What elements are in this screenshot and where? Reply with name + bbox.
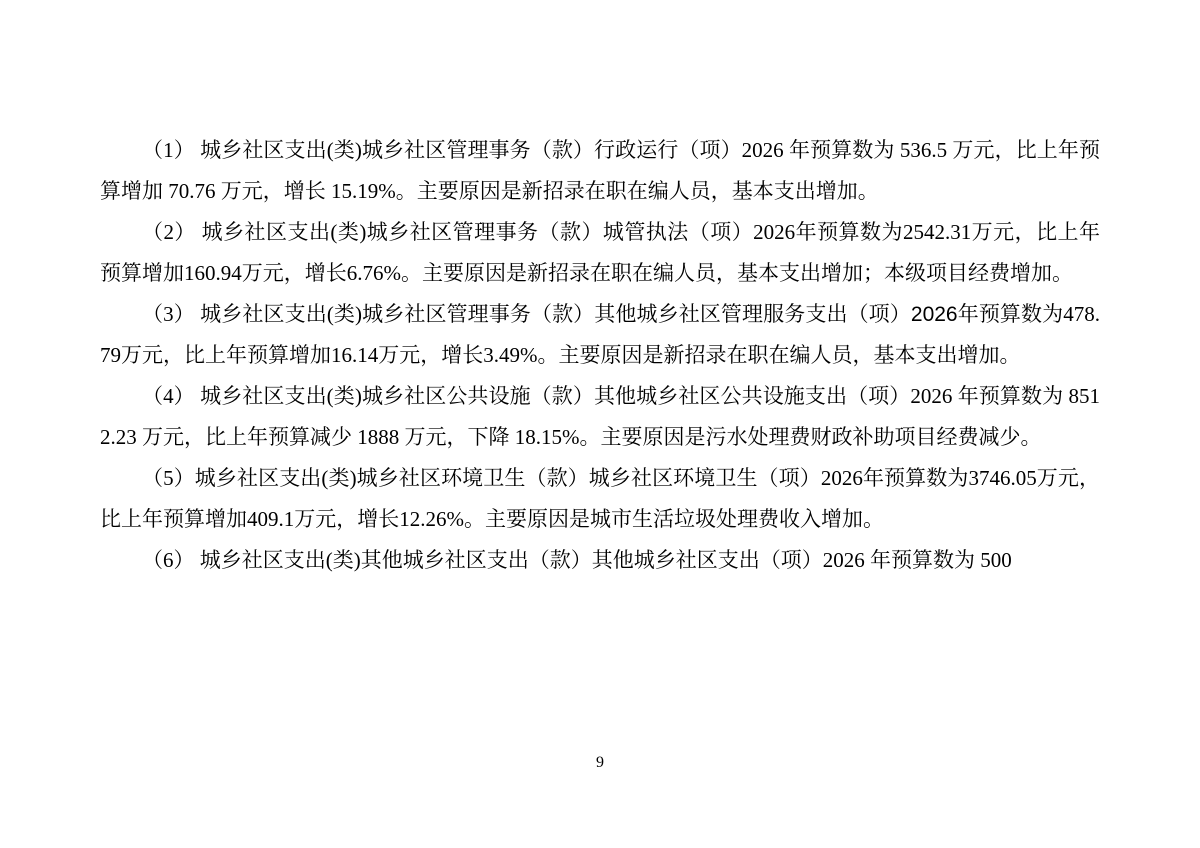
paragraph: （5）城乡社区支出(类)城乡社区环境卫生（款）城乡社区环境卫生（项）2026年预…: [100, 458, 1100, 540]
text-run: （3） 城乡社区支出(类)城乡社区管理事务（款）其他城乡社区管理服务支出（项）: [142, 302, 911, 326]
text-block: （1） 城乡社区支出(类)城乡社区管理事务（款）行政运行（项）2026 年预算数…: [100, 130, 1100, 581]
paragraph: （2） 城乡社区支出(类)城乡社区管理事务（款）城管执法（项）2026年预算数为…: [100, 212, 1100, 294]
paragraph: （3） 城乡社区支出(类)城乡社区管理事务（款）其他城乡社区管理服务支出（项）2…: [100, 294, 1100, 376]
text-run: （5）城乡社区支出(类)城乡社区环境卫生（款）城乡社区环境卫生（项）2026年预…: [100, 466, 1100, 531]
text-run: （4） 城乡社区支出(类)城乡社区公共设施（款）其他城乡社区公共设施支出（项）2…: [100, 384, 1100, 449]
paragraph: （6） 城乡社区支出(类)其他城乡社区支出（款）其他城乡社区支出（项）2026 …: [100, 540, 1100, 581]
paragraph: （4） 城乡社区支出(类)城乡社区公共设施（款）其他城乡社区公共设施支出（项）2…: [100, 376, 1100, 458]
document-page: （1） 城乡社区支出(类)城乡社区管理事务（款）行政运行（项）2026 年预算数…: [0, 0, 1200, 848]
text-run: （6） 城乡社区支出(类)其他城乡社区支出（款）其他城乡社区支出（项）2026 …: [142, 548, 1012, 572]
text-run: （2） 城乡社区支出(类)城乡社区管理事务（款）城管执法（项）2026年预算数为…: [100, 220, 1100, 285]
text-run: （1） 城乡社区支出(类)城乡社区管理事务（款）行政运行（项）2026 年预算数…: [100, 138, 1100, 203]
year-sans-run: 2026: [911, 303, 958, 326]
page-number: 9: [0, 753, 1200, 773]
paragraph: （1） 城乡社区支出(类)城乡社区管理事务（款）行政运行（项）2026 年预算数…: [100, 130, 1100, 212]
